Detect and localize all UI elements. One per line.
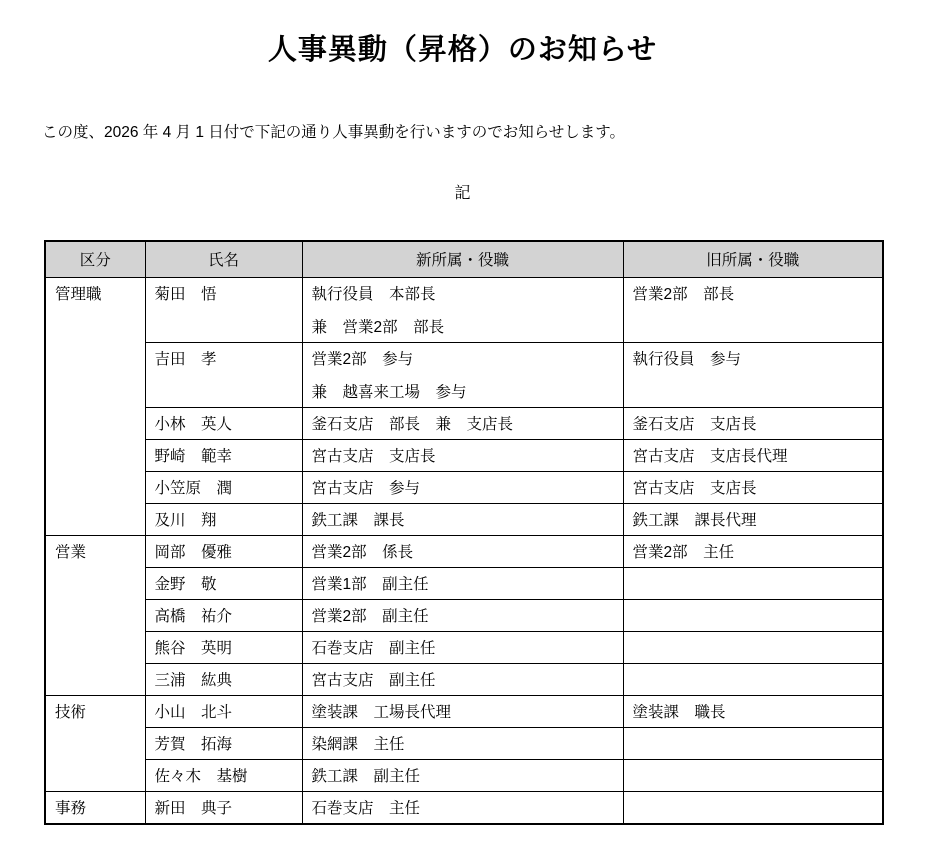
name-cell: 吉田 孝 [145, 342, 302, 407]
new-position-cell: 鉄工課 課長 [302, 503, 623, 535]
table-row: 芳賀 拓海染網課 主任 [45, 727, 883, 759]
name-cell: 小林 英人 [145, 407, 302, 439]
table-row: 管理職菊田 悟執行役員 本部長兼 営業2部 部長営業2部 部長 [45, 277, 883, 342]
notice-document: 人事異動（昇格）のお知らせ この度、2026 年 4 月 1 日付で下記の通り人… [0, 0, 925, 825]
old-position-cell [623, 727, 883, 759]
position-line: 宮古支店 副主任 [312, 670, 615, 691]
position-line: 鉄工課 課長 [312, 510, 615, 531]
table-row: 小林 英人釜石支店 部長 兼 支店長釜石支店 支店長 [45, 407, 883, 439]
table-row: 金野 敬営業1部 副主任 [45, 567, 883, 599]
category-cell: 技術 [45, 695, 145, 791]
old-position-cell [623, 631, 883, 663]
old-position-cell: 塗装課 職長 [623, 695, 883, 727]
table-header-row: 区分 氏名 新所属・役職 旧所属・役職 [45, 241, 883, 277]
new-position-cell: 執行役員 本部長兼 営業2部 部長 [302, 277, 623, 342]
position-line: 執行役員 本部長 [312, 284, 615, 305]
new-position-cell: 宮古支店 副主任 [302, 663, 623, 695]
category-cell: 事務 [45, 791, 145, 824]
new-position-cell: 宮古支店 支店長 [302, 439, 623, 471]
old-position-cell [623, 599, 883, 631]
new-position-cell: 宮古支店 参与 [302, 471, 623, 503]
position-line: 営業2部 参与 [312, 349, 615, 370]
table-row: 吉田 孝営業2部 参与兼 越喜来工場 参与執行役員 参与 [45, 342, 883, 407]
old-position-cell [623, 791, 883, 824]
name-cell: 佐々木 基樹 [145, 759, 302, 791]
name-cell: 菊田 悟 [145, 277, 302, 342]
position-line: 石巻支店 主任 [312, 798, 615, 819]
new-position-cell: 営業1部 副主任 [302, 567, 623, 599]
name-cell: 高橋 祐介 [145, 599, 302, 631]
table-row: 小笠原 潤宮古支店 参与宮古支店 支店長 [45, 471, 883, 503]
new-position-cell: 染網課 主任 [302, 727, 623, 759]
old-position-cell: 宮古支店 支店長 [623, 471, 883, 503]
position-line: 営業1部 副主任 [312, 574, 615, 595]
new-position-cell: 石巻支店 副主任 [302, 631, 623, 663]
position-line: 染網課 主任 [312, 734, 615, 755]
category-cell: 営業 [45, 535, 145, 695]
category-cell: 管理職 [45, 277, 145, 535]
old-position-cell [623, 663, 883, 695]
new-position-cell: 営業2部 係長 [302, 535, 623, 567]
new-position-cell: 営業2部 副主任 [302, 599, 623, 631]
new-position-cell: 塗装課 工場長代理 [302, 695, 623, 727]
old-position-cell: 宮古支店 支店長代理 [623, 439, 883, 471]
name-cell: 小笠原 潤 [145, 471, 302, 503]
old-position-cell [623, 567, 883, 599]
table-row: 三浦 紘典宮古支店 副主任 [45, 663, 883, 695]
position-line: 石巻支店 副主任 [312, 638, 615, 659]
new-position-cell: 釜石支店 部長 兼 支店長 [302, 407, 623, 439]
intro-text: この度、2026 年 4 月 1 日付で下記の通り人事異動を行いますのでお知らせ… [42, 123, 885, 143]
old-position-cell: 執行役員 参与 [623, 342, 883, 407]
position-line: 営業2部 係長 [312, 542, 615, 563]
name-cell: 芳賀 拓海 [145, 727, 302, 759]
position-line: 兼 営業2部 部長 [312, 317, 615, 338]
position-line: 鉄工課 副主任 [312, 766, 615, 787]
header-name: 氏名 [145, 241, 302, 277]
table-row: 熊谷 英明石巻支店 副主任 [45, 631, 883, 663]
name-cell: 岡部 優雅 [145, 535, 302, 567]
header-category: 区分 [45, 241, 145, 277]
table-row: 野崎 範幸宮古支店 支店長宮古支店 支店長代理 [45, 439, 883, 471]
header-new-position: 新所属・役職 [302, 241, 623, 277]
section-marker: 記 [0, 180, 925, 203]
new-position-cell: 石巻支店 主任 [302, 791, 623, 824]
table-row: 高橋 祐介営業2部 副主任 [45, 599, 883, 631]
old-position-cell: 営業2部 主任 [623, 535, 883, 567]
table-row: 佐々木 基樹鉄工課 副主任 [45, 759, 883, 791]
old-position-cell [623, 759, 883, 791]
new-position-cell: 営業2部 参与兼 越喜来工場 参与 [302, 342, 623, 407]
new-position-cell: 鉄工課 副主任 [302, 759, 623, 791]
position-line: 宮古支店 参与 [312, 478, 615, 499]
name-cell: 及川 翔 [145, 503, 302, 535]
old-position-cell: 営業2部 部長 [623, 277, 883, 342]
old-position-cell: 鉄工課 課長代理 [623, 503, 883, 535]
table-row: 営業岡部 優雅営業2部 係長営業2部 主任 [45, 535, 883, 567]
table-row: 技術小山 北斗塗装課 工場長代理塗装課 職長 [45, 695, 883, 727]
personnel-table: 区分 氏名 新所属・役職 旧所属・役職 管理職菊田 悟執行役員 本部長兼 営業2… [44, 240, 884, 825]
name-cell: 金野 敬 [145, 567, 302, 599]
position-line: 営業2部 副主任 [312, 606, 615, 627]
table-row: 及川 翔鉄工課 課長鉄工課 課長代理 [45, 503, 883, 535]
position-line: 釜石支店 部長 兼 支店長 [312, 414, 615, 435]
table-row: 事務新田 典子石巻支店 主任 [45, 791, 883, 824]
header-old-position: 旧所属・役職 [623, 241, 883, 277]
name-cell: 三浦 紘典 [145, 663, 302, 695]
document-title: 人事異動（昇格）のお知らせ [0, 27, 925, 68]
old-position-cell: 釜石支店 支店長 [623, 407, 883, 439]
name-cell: 野崎 範幸 [145, 439, 302, 471]
name-cell: 熊谷 英明 [145, 631, 302, 663]
name-cell: 新田 典子 [145, 791, 302, 824]
position-line: 兼 越喜来工場 参与 [312, 382, 615, 403]
position-line: 宮古支店 支店長 [312, 446, 615, 467]
position-line: 塗装課 工場長代理 [312, 702, 615, 723]
name-cell: 小山 北斗 [145, 695, 302, 727]
